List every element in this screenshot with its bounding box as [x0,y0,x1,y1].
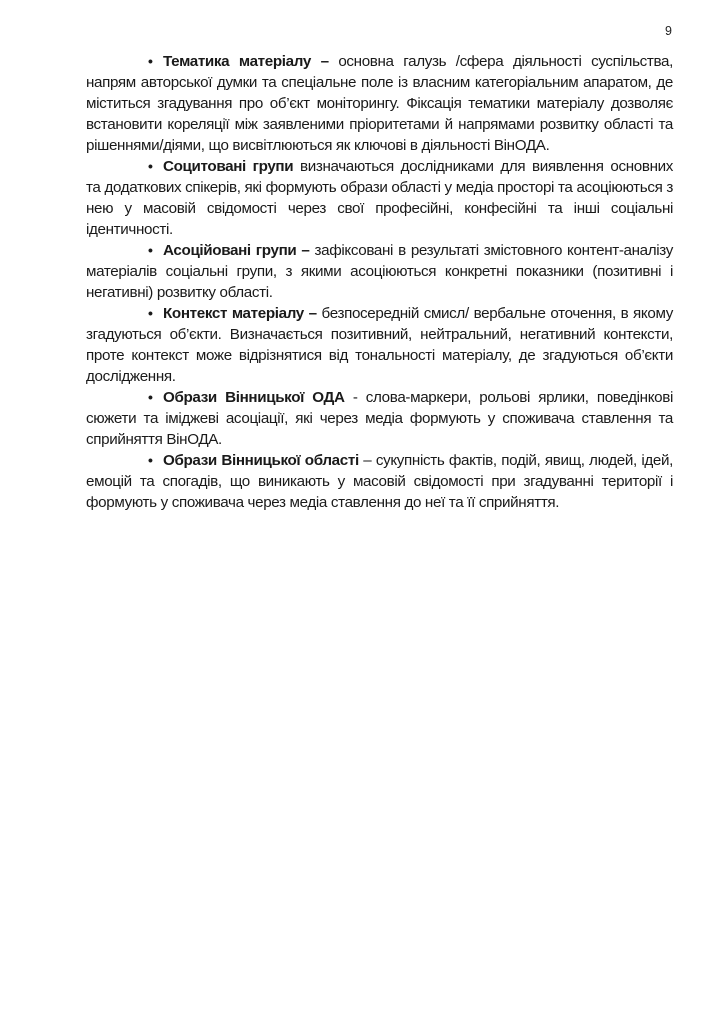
bullet-icon: • [148,51,163,72]
list-item-topic: •Тематика матеріалу – основна галузь /сф… [86,51,673,156]
list-item-region-images: •Образи Вінницької області – сукупність … [86,450,673,513]
item-term: Социтовані групи [163,158,293,175]
item-term: Образи Вінницької ОДА [163,389,345,406]
bullet-icon: • [148,240,163,261]
list-item-context: •Контекст матеріалу – безпосередній смис… [86,303,673,387]
bullet-icon: • [148,450,163,471]
item-term: Контекст матеріалу – [163,305,317,322]
list-item-oda-images: •Образи Вінницької ОДА - слова-маркери, … [86,387,673,450]
item-term: Асоційовані групи – [163,242,310,259]
bullet-icon: • [148,303,163,324]
item-term: Образи Вінницької області [163,452,359,469]
bullet-icon: • [148,387,163,408]
item-term: Тематика матеріалу – [163,53,329,70]
bullet-icon: • [148,156,163,177]
list-item-cited-groups: •Социтовані групи визначаються дослідник… [86,156,673,240]
document-body: •Тематика матеріалу – основна галузь /сф… [86,51,673,513]
page-number: 9 [665,24,672,38]
list-item-associated-groups: •Асоційовані групи – зафіксовані в резул… [86,240,673,303]
